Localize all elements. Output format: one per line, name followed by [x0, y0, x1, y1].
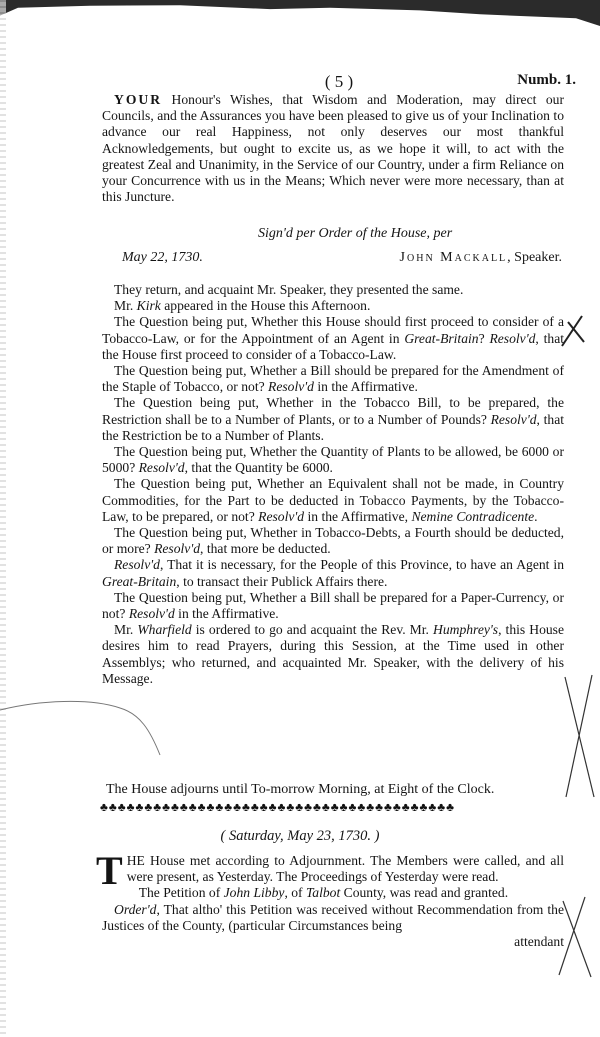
text-run: The Petition of [139, 885, 224, 900]
italic-text: Nemine Contradicente [411, 509, 534, 524]
text-run: ? [479, 331, 490, 346]
text-run: They return, and acquaint Mr. Speaker, t… [114, 282, 463, 297]
drop-cap: T [96, 855, 123, 887]
margin-x-mark-icon [560, 312, 586, 348]
proceedings-may-23: THE House met according to Adjournment. … [102, 853, 564, 950]
text-run: , That it is necessary, for the People o… [160, 557, 564, 572]
proceeding-paragraph: Mr. Kirk appeared in the House this Afte… [102, 298, 564, 314]
italic-text: Kirk [137, 298, 161, 313]
signature-date: May 22, 1730. [122, 250, 203, 265]
text-run: in the Affirmative. [314, 379, 418, 394]
margin-x-mark-icon [562, 672, 598, 802]
text-run: . [534, 509, 537, 524]
margin-x-mark-icon [555, 895, 595, 983]
opening-text: HE House met according to Adjournment. T… [127, 853, 564, 884]
signature-line: May 22, 1730. John Mackall, Speaker. [122, 250, 562, 266]
text-run: in the Affirmative. [175, 606, 279, 621]
text-run: Mr. [114, 622, 137, 637]
text-run: Mr. [114, 298, 137, 313]
text-run: , of [284, 885, 306, 900]
proceeding-paragraph: Mr. Wharfield is ordered to go and acqua… [102, 622, 564, 687]
text-run: , to transact their Publick Affairs ther… [176, 574, 387, 589]
proceeding-paragraph: The Question being put, Whether an Equiv… [102, 476, 564, 525]
italic-text: Resolv'd [139, 460, 185, 475]
proceeding-paragraph: The Question being put, Whether a Bill s… [102, 363, 564, 395]
document-page: ( 5 ) Numb. 1. YOUR Honour's Wishes, tha… [0, 0, 600, 1037]
italic-text: John Libby [224, 885, 285, 900]
proceeding-paragraph: The Petition of John Libby, of Talbot Co… [102, 885, 564, 901]
italic-text: Great-Britain [404, 331, 478, 346]
italic-text: Resolv'd [154, 541, 200, 556]
italic-text: Order'd [114, 902, 156, 917]
italic-text: Resolv'd [258, 509, 304, 524]
proceeding-paragraph: The Question being put, Whether a Bill s… [102, 590, 564, 622]
proceeding-paragraph: Resolv'd, That it is necessary, for the … [102, 557, 564, 589]
text-run: , That altho' this Petition was received… [102, 902, 564, 933]
speaker-title: , Speaker. [507, 250, 562, 265]
text-run: , that more be deducted. [200, 541, 331, 556]
intro-paragraph: YOUR Honour's Wishes, that Wisdom and Mo… [102, 92, 564, 205]
text-run: County, was read and granted. [340, 885, 508, 900]
text-run: is ordered to go and acquaint the Rev. M… [192, 622, 433, 637]
issue-number: Numb. 1. [517, 72, 576, 89]
proceeding-paragraph: Order'd, That altho' this Petition was r… [102, 902, 564, 934]
proceeding-paragraph: They return, and acquaint Mr. Speaker, t… [102, 282, 564, 298]
speaker-name: John Mackall [400, 250, 508, 265]
page-number: ( 5 ) [108, 72, 570, 92]
italic-text: Talbot [306, 885, 340, 900]
catchword: attendant [102, 934, 564, 950]
ornament-divider: ♣♣♣♣♣♣♣♣♣♣♣♣♣♣♣♣♣♣♣♣♣♣♣♣♣♣♣♣♣♣♣♣♣♣♣♣♣♣♣♣ [100, 801, 552, 814]
handwritten-line-mark [0, 700, 170, 760]
text-run: , that the Quantity be 6000. [185, 460, 333, 475]
page-header: ( 5 ) Numb. 1. [108, 72, 570, 94]
italic-text: Resolv'd [114, 557, 160, 572]
adjourn-notice: The House adjourns until To-morrow Morni… [106, 782, 564, 798]
italic-text: Wharfield [137, 622, 191, 637]
proceeding-paragraph: The Question being put, Whether in Tobac… [102, 525, 564, 557]
italic-text: Resolv'd [129, 606, 175, 621]
italic-text: Resolv'd [489, 331, 535, 346]
italic-text: Resolv'd [491, 412, 537, 427]
proceeding-paragraph: The Question being put, Whether this Hou… [102, 314, 564, 363]
italic-text: Great-Britain [102, 574, 176, 589]
text-run: appeared in the House this Afternoon. [161, 298, 371, 313]
proceedings-may-22: They return, and acquaint Mr. Speaker, t… [102, 282, 564, 687]
italic-text: Resolv'd [268, 379, 314, 394]
proceeding-paragraph: The Question being put, Whether in the T… [102, 395, 564, 444]
signed-line: Sign'd per Order of the House, per [258, 226, 452, 242]
text-run: in the Affirmative, [304, 509, 411, 524]
day-header: ( Saturday, May 23, 1730. ) [0, 828, 600, 845]
italic-text: Humphrey's [433, 622, 498, 637]
opening-paragraph: THE House met according to Adjournment. … [102, 853, 564, 885]
intro-text: Honour's Wishes, that Wisdom and Moderat… [102, 92, 564, 204]
proceeding-paragraph: The Question being put, Whether the Quan… [102, 444, 564, 476]
intro-lead: YOUR [114, 92, 162, 107]
